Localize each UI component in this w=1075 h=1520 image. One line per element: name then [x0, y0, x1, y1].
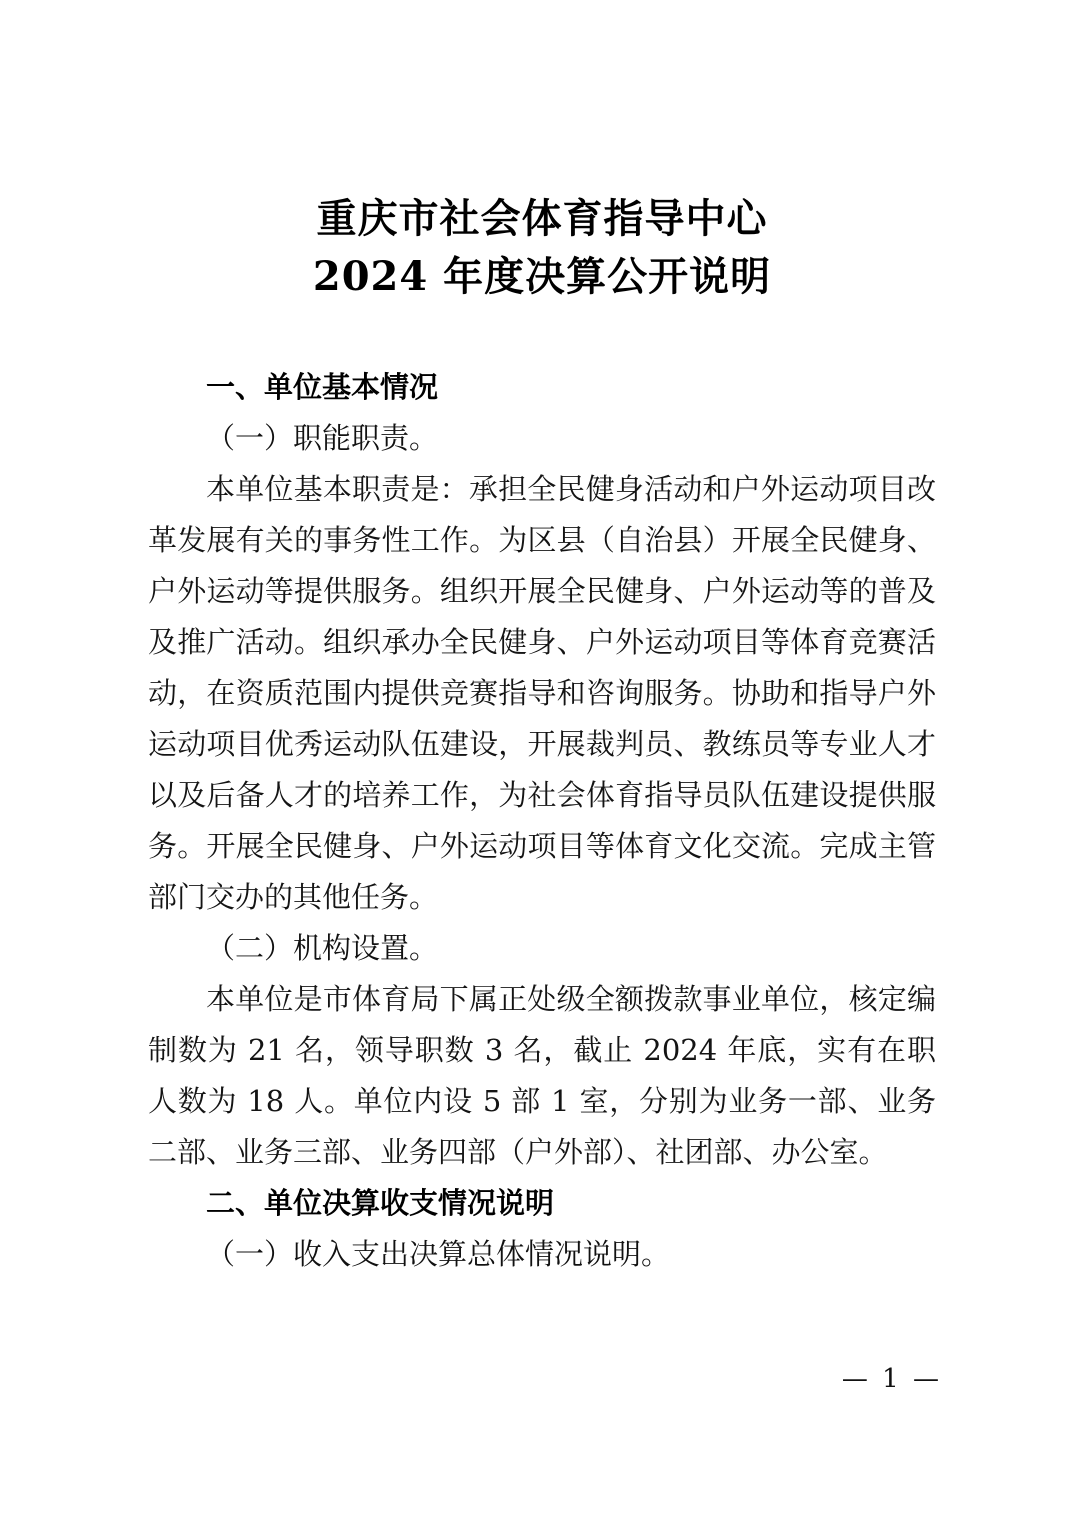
document-title-line2: 2024 年度决算公开说明: [148, 248, 936, 306]
subsection-heading-duties: （一）职能职责。: [206, 413, 936, 464]
page-number: — 1 —: [842, 1364, 942, 1394]
subsection-heading-org-structure: （二）机构设置。: [206, 923, 936, 974]
document-page: 重庆市社会体育指导中心 2024 年度决算公开说明 一、单位基本情况 （一）职能…: [0, 0, 1075, 1520]
section-heading-budget-statement: 二、单位决算收支情况说明: [206, 1178, 936, 1229]
subsection-heading-income-expense-overview: （一）收入支出决算总体情况说明。: [206, 1229, 936, 1280]
document-content: 重庆市社会体育指导中心 2024 年度决算公开说明 一、单位基本情况 （一）职能…: [148, 0, 936, 1280]
document-title-line1: 重庆市社会体育指导中心: [148, 190, 936, 248]
document-body: 一、单位基本情况 （一）职能职责。 本单位基本职责是：承担全民健身活动和户外运动…: [148, 362, 936, 1280]
section-heading-basic-info: 一、单位基本情况: [206, 362, 936, 413]
paragraph-org-structure: 本单位是市体育局下属正处级全额拨款事业单位，核定编制数为 21 名，领导职数 3…: [148, 974, 936, 1178]
paragraph-duties: 本单位基本职责是：承担全民健身活动和户外运动项目改革发展有关的事务性工作。为区县…: [148, 464, 936, 923]
document-title: 重庆市社会体育指导中心 2024 年度决算公开说明: [148, 190, 936, 306]
